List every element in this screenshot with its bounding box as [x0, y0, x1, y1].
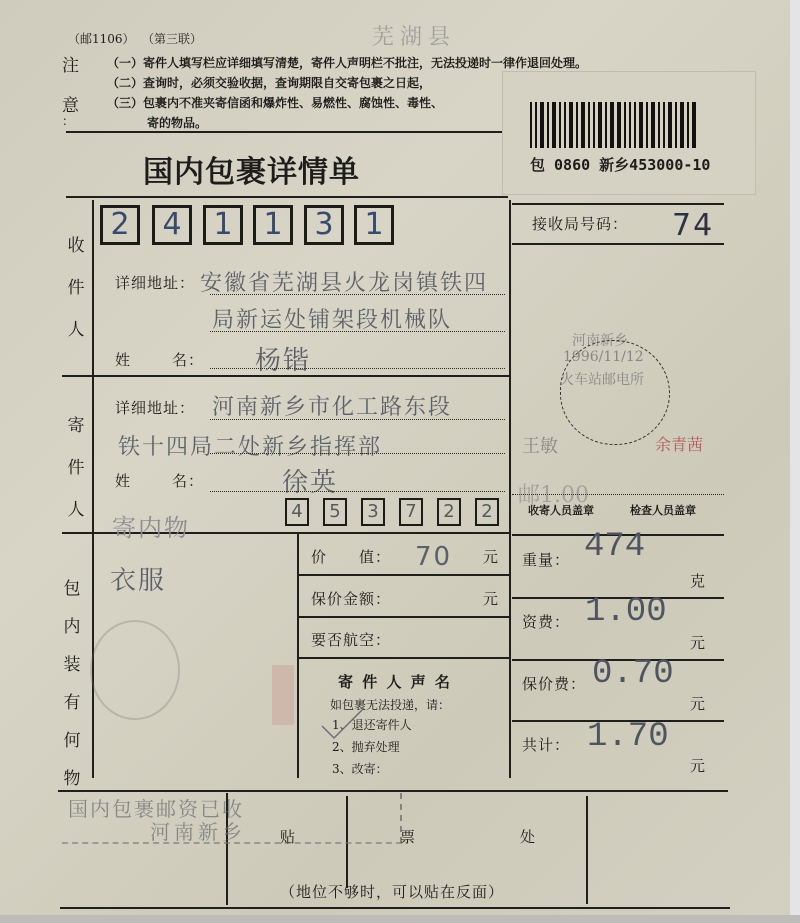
sender-name-label-1: 姓	[115, 470, 131, 491]
notes-title-char-1: 注	[62, 51, 79, 76]
total-unit: 元	[690, 755, 706, 776]
recipient-section-label: 收 件 人	[66, 225, 86, 351]
address-rule	[210, 331, 505, 332]
form-code: （邮1106）	[68, 30, 135, 47]
sender-section-label: 寄 件 人	[66, 405, 86, 531]
copy-label: （第三联）	[142, 30, 202, 47]
grid-line-middle	[509, 200, 511, 778]
postage-value[interactable]: 1.00	[585, 593, 667, 631]
note-1: （一）寄件人填写栏应详细填写清楚，寄件人声明栏不批注，无法投递时一律作退回处理。	[107, 54, 587, 71]
insurance-fee-unit: 元	[690, 693, 706, 714]
grid-line-insured-bottom	[297, 616, 509, 618]
postcode-digit: 3	[304, 205, 344, 245]
sender-address-line-2[interactable]: 铁十四局二处新乡指挥部	[118, 430, 382, 461]
faint-postmark	[90, 620, 180, 720]
declaration-option-3[interactable]: 3、改寄：	[332, 760, 388, 777]
postcode-digit: 2	[100, 205, 140, 245]
receiving-office-value[interactable]: 74	[672, 208, 714, 243]
sender-address-label: 详细地址：	[115, 397, 195, 418]
note-4: 寄的物品。	[147, 114, 207, 131]
stamp-area-char-3: 处	[520, 826, 536, 847]
declaration-title: 寄 件 人 声 名	[338, 671, 452, 692]
recipient-address-label: 详细地址：	[115, 272, 195, 293]
faint-overflow-note: 寄内物	[112, 508, 190, 543]
background-edge	[790, 0, 800, 923]
postcode-digit: 4	[285, 498, 309, 526]
stamp-divider-3	[586, 796, 588, 904]
grid-line-stamp-top	[58, 790, 728, 792]
page-title: 国内包裹详情单	[143, 147, 360, 191]
clerk-stamp-1: 王敏	[522, 432, 558, 458]
postcode-digit: 2	[475, 498, 499, 526]
weight-value[interactable]: 474	[584, 528, 645, 566]
airmail-label: 要否航空：	[311, 629, 391, 650]
background-bottom-edge	[0, 915, 800, 923]
postcode-digit: 4	[152, 205, 192, 245]
header-divider	[66, 131, 506, 133]
value-unit: 元	[483, 546, 499, 567]
stamp-area-note: （地位不够时，可以贴在反面）	[280, 881, 504, 902]
grid-line-airmail-bottom	[297, 657, 509, 659]
recipient-name-value[interactable]: 杨锴	[255, 340, 311, 377]
postmark-circle	[560, 340, 670, 445]
grid-line-stamp-bottom	[60, 907, 730, 909]
recipient-name-label-2: 名：	[172, 349, 204, 370]
paid-stamp-line-2: 河南新乡	[150, 816, 246, 845]
insurance-fee-value[interactable]: 0.70	[592, 655, 674, 693]
county-stamp: 芜湖县	[372, 20, 456, 51]
barcode-text: 包 0860 新乡453000-10	[530, 154, 710, 175]
clerk-stamp-label: 收寄人员盖章	[528, 502, 594, 518]
address-rule	[210, 294, 505, 295]
receiving-office-label: 接收局号码：	[532, 213, 628, 234]
sender-name-value[interactable]: 徐英	[282, 462, 338, 499]
postcode-digit: 7	[399, 498, 423, 526]
name-rule	[210, 368, 505, 369]
clerk-stamp-2: 余青茜	[655, 432, 703, 455]
barcode-label: 包 0860 新乡453000-10	[502, 71, 756, 195]
weight-label: 重量：	[522, 549, 570, 570]
recipient-name-label-1: 姓	[115, 349, 131, 370]
sender-address-line-1[interactable]: 河南新乡市化工路东段	[212, 390, 452, 421]
stamp-area-char-2: 票	[400, 826, 416, 847]
paid-stamp-border-bottom	[62, 842, 402, 844]
barcode	[530, 102, 699, 148]
postcode-digit: 1	[203, 205, 243, 245]
postcode-digit: 5	[323, 498, 347, 526]
grid-line-contents-right	[297, 534, 299, 778]
recipient-address-line-2[interactable]: 局新运处铺架段机械队	[212, 303, 452, 334]
red-seal-mark	[272, 665, 294, 725]
grid-line-office-top	[512, 203, 724, 205]
grid-line-value-bottom	[297, 574, 509, 576]
postcode-digit: 1	[354, 205, 394, 245]
inspector-stamp-label: 检查人员盖章	[630, 502, 696, 518]
contents-value[interactable]: 衣服	[110, 560, 166, 597]
note-3: （三）包裹内不准夹寄信函和爆炸性、易燃性、腐蚀性、毒性、	[107, 94, 443, 111]
checkmark-icon	[318, 702, 368, 742]
insured-amount-unit: 元	[483, 588, 499, 609]
total-value[interactable]: 1.70	[587, 718, 669, 756]
grid-line-top	[66, 196, 508, 198]
sender-name-label-2: 名：	[172, 470, 204, 491]
note-2: （二）查询时，必须交验收据，查询期限自交寄包裹之日起，	[107, 74, 431, 91]
address-rule	[210, 453, 505, 454]
total-label: 共计：	[522, 734, 570, 755]
contents-section-label: 包 内 装 有 何 物	[62, 570, 82, 798]
weight-unit: 克	[690, 570, 706, 591]
postcode-digit: 3	[361, 498, 385, 526]
postcode-digit: 2	[437, 498, 461, 526]
postcode-digit: 1	[253, 205, 293, 245]
value-label: 价 值：	[311, 546, 391, 567]
notes-title-char-3: ：	[62, 112, 74, 129]
postage-label: 资费：	[522, 611, 570, 632]
insurance-fee-label: 保价费：	[522, 673, 586, 694]
address-rule	[210, 419, 505, 420]
recipient-address-line-1[interactable]: 安徽省芜湖县火龙岗镇铁四	[200, 266, 488, 297]
grid-line-office-bottom	[512, 243, 724, 245]
insured-amount-label: 保价金额：	[311, 588, 391, 609]
stamp-area-char-1: 贴	[280, 826, 296, 847]
value-field[interactable]: 70	[415, 542, 452, 572]
postage-unit: 元	[690, 632, 706, 653]
name-rule	[210, 491, 505, 492]
